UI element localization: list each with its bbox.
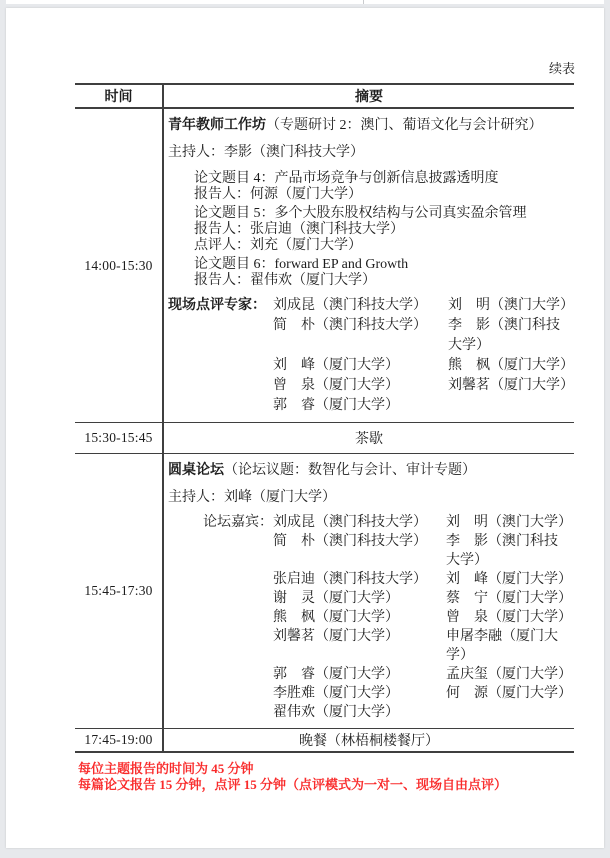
guest-name: 李胜难（厦门大学） (273, 684, 446, 703)
expert-name: 熊 枫（厦门大学） (448, 356, 570, 376)
schedule-row-dinner: 17:45-19:00 晚餐（林梧桐楼餐厅） (75, 729, 574, 753)
schedule-row-workshop: 14:00-15:30 青年教师工作坊（专题研讨 2：澳门、葡语文化与会计研究）… (75, 108, 574, 423)
guest-name: 刘成昆（澳门科技大学） (273, 513, 446, 532)
guest-name: 李 影（澳门科技大学） (446, 532, 570, 570)
time-cell: 17:45-19:00 (75, 729, 163, 753)
schedule-table: 时间 摘要 14:00-15:30 青年教师工作坊（专题研讨 2：澳门、葡语文化… (75, 83, 574, 753)
expert-name (448, 396, 570, 416)
guest-name-row: 刘馨茗（厦门大学） 申屠李融（厦门大学） (273, 627, 570, 665)
previous-page-table-divider (363, 0, 364, 4)
time-cell: 15:45-17:30 (75, 454, 163, 729)
forum-title-bold: 圆桌论坛 (168, 463, 224, 478)
paper-discussant: 点评人：刘充（厦门大学） (194, 238, 570, 254)
guests-names: 刘成昆（澳门科技大学） 刘 明（澳门大学） 简 朴（澳门科技大学） 李 影（澳门… (273, 513, 570, 722)
guest-name: 熊 枫（厦门大学） (273, 608, 446, 627)
guest-name: 简 朴（澳门科技大学） (273, 532, 446, 570)
workshop-title: 青年教师工作坊（专题研讨 2：澳门、葡语文化与会计研究） (168, 117, 570, 134)
dinner-cell: 晚餐（林梧桐楼餐厅） (163, 729, 574, 753)
tea-break-cell: 茶歇 (163, 423, 574, 454)
paper-block: 论文题目 6：forward EP and Growth 报告人：翟伟欢（厦门大… (194, 257, 570, 289)
expert-name-row: 刘 峰（厦门大学） 熊 枫（厦门大学） (273, 356, 570, 376)
time-cell: 15:30-15:45 (75, 423, 163, 454)
guest-name: 刘 峰（厦门大学） (446, 570, 570, 589)
guest-name: 谢 灵（厦门大学） (273, 589, 446, 608)
time-cell: 14:00-15:30 (75, 108, 163, 423)
guest-name: 刘 明（澳门大学） (446, 513, 570, 532)
guests-label: 论坛嘉宾： (203, 513, 273, 533)
guest-name-row: 郭 睿（厦门大学） 孟庆玺（厦门大学） (273, 665, 570, 684)
guest-name-row: 刘成昆（澳门科技大学） 刘 明（澳门大学） (273, 513, 570, 532)
expert-name-row: 刘成昆（澳门科技大学） 刘 明（澳门大学） (273, 296, 570, 316)
schedule-row-tea-break: 15:30-15:45 茶歇 (75, 423, 574, 454)
guest-name-row: 翟伟欢（厦门大学） (273, 703, 570, 722)
workshop-title-bold: 青年教师工作坊 (168, 118, 266, 133)
paper-title: 论文题目 5：多个大股东股权结构与公司真实盈余管理 (194, 206, 570, 222)
note-keynote-duration: 每位主题报告的时间为 45 分钟 (78, 761, 604, 777)
guest-name-row: 张启迪（澳门科技大学） 刘 峰（厦门大学） (273, 570, 570, 589)
forum-title: 圆桌论坛（论坛议题：数智化与会计、审计专题） (168, 462, 570, 479)
continued-table-label: 续表 (6, 61, 575, 77)
paper-presenter: 报告人：张启迪（澳门科技大学） (194, 222, 570, 238)
header-time: 时间 (75, 84, 163, 108)
header-summary: 摘要 (163, 84, 574, 108)
guest-name: 何 源（厦门大学） (446, 684, 570, 703)
guest-name: 刘馨茗（厦门大学） (273, 627, 446, 665)
paper-list: 论文题目 4：产品市场竞争与创新信息披露透明度 报告人：何源（厦门大学） 论文题… (194, 171, 570, 289)
expert-name: 刘 峰（厦门大学） (273, 356, 448, 376)
previous-page-edge (6, 0, 604, 4)
guest-name (446, 703, 570, 722)
expert-name: 郭 睿（厦门大学） (273, 396, 448, 416)
paper-title: 论文题目 4：产品市场竞争与创新信息披露透明度 (194, 171, 570, 187)
guest-name-row: 谢 灵（厦门大学） 蔡 宁（厦门大学） (273, 589, 570, 608)
document-page: 续表 时间 摘要 14:00-15:30 青年教师工作坊（专题研讨 2：澳门、葡… (6, 8, 604, 848)
note-paper-duration: 每篇论文报告 15 分钟，点评 15 分钟（点评模式为一对一、现场自由点评） (78, 777, 604, 793)
experts-label: 现场点评专家： (168, 296, 273, 316)
guest-name-row: 简 朴（澳门科技大学） 李 影（澳门科技大学） (273, 532, 570, 570)
expert-name: 刘馨茗（厦门大学） (448, 376, 570, 396)
guest-name: 张启迪（澳门科技大学） (273, 570, 446, 589)
guest-name-row: 李胜难（厦门大学） 何 源（厦门大学） (273, 684, 570, 703)
footnotes: 每位主题报告的时间为 45 分钟 每篇论文报告 15 分钟，点评 15 分钟（点… (78, 761, 604, 792)
expert-name-row: 曾 泉（厦门大学） 刘馨茗（厦门大学） (273, 376, 570, 396)
paper-presenter: 报告人：何源（厦门大学） (194, 187, 570, 203)
paper-block: 论文题目 5：多个大股东股权结构与公司真实盈余管理 报告人：张启迪（澳门科技大学… (194, 206, 570, 254)
guest-name: 郭 睿（厦门大学） (273, 665, 446, 684)
table-header-row: 时间 摘要 (75, 84, 574, 108)
paper-title: 论文题目 6：forward EP and Growth (194, 257, 570, 273)
workshop-cell: 青年教师工作坊（专题研讨 2：澳门、葡语文化与会计研究） 主持人：李影（澳门科技… (163, 108, 574, 423)
guest-name: 翟伟欢（厦门大学） (273, 703, 446, 722)
paper-block: 论文题目 4：产品市场竞争与创新信息披露透明度 报告人：何源（厦门大学） (194, 171, 570, 203)
expert-name: 简 朴（澳门科技大学） (273, 316, 448, 356)
expert-name: 刘 明（澳门大学） (448, 296, 570, 316)
forum-title-topic: （论坛议题：数智化与会计、审计专题） (224, 463, 476, 478)
schedule-row-forum: 15:45-17:30 圆桌论坛（论坛议题：数智化与会计、审计专题） 主持人：刘… (75, 454, 574, 729)
forum-cell: 圆桌论坛（论坛议题：数智化与会计、审计专题） 主持人：刘峰（厦门大学） 论坛嘉宾… (163, 454, 574, 729)
expert-name: 刘成昆（澳门科技大学） (273, 296, 448, 316)
forum-host: 主持人：刘峰（厦门大学） (168, 489, 570, 506)
guest-name: 孟庆玺（厦门大学） (446, 665, 570, 684)
guest-name: 申屠李融（厦门大学） (446, 627, 570, 665)
guests-section: 论坛嘉宾： 刘成昆（澳门科技大学） 刘 明（澳门大学） 简 朴（澳门科技大学） … (203, 513, 570, 722)
experts-section: 现场点评专家： 刘成昆（澳门科技大学） 刘 明（澳门大学） 简 朴（澳门科技大学… (168, 296, 570, 416)
experts-names: 刘成昆（澳门科技大学） 刘 明（澳门大学） 简 朴（澳门科技大学） 李 影（澳门… (273, 296, 570, 416)
guest-name: 蔡 宁（厦门大学） (446, 589, 570, 608)
guest-name: 曾 泉（厦门大学） (446, 608, 570, 627)
expert-name-row: 简 朴（澳门科技大学） 李 影（澳门科技大学） (273, 316, 570, 356)
expert-name-row: 郭 睿（厦门大学） (273, 396, 570, 416)
expert-name: 李 影（澳门科技大学） (448, 316, 570, 356)
workshop-title-topic: （专题研讨 2：澳门、葡语文化与会计研究） (266, 118, 543, 133)
guest-name-row: 熊 枫（厦门大学） 曾 泉（厦门大学） (273, 608, 570, 627)
expert-name: 曾 泉（厦门大学） (273, 376, 448, 396)
paper-presenter: 报告人：翟伟欢（厦门大学） (194, 273, 570, 289)
workshop-host: 主持人：李影（澳门科技大学） (168, 144, 570, 161)
